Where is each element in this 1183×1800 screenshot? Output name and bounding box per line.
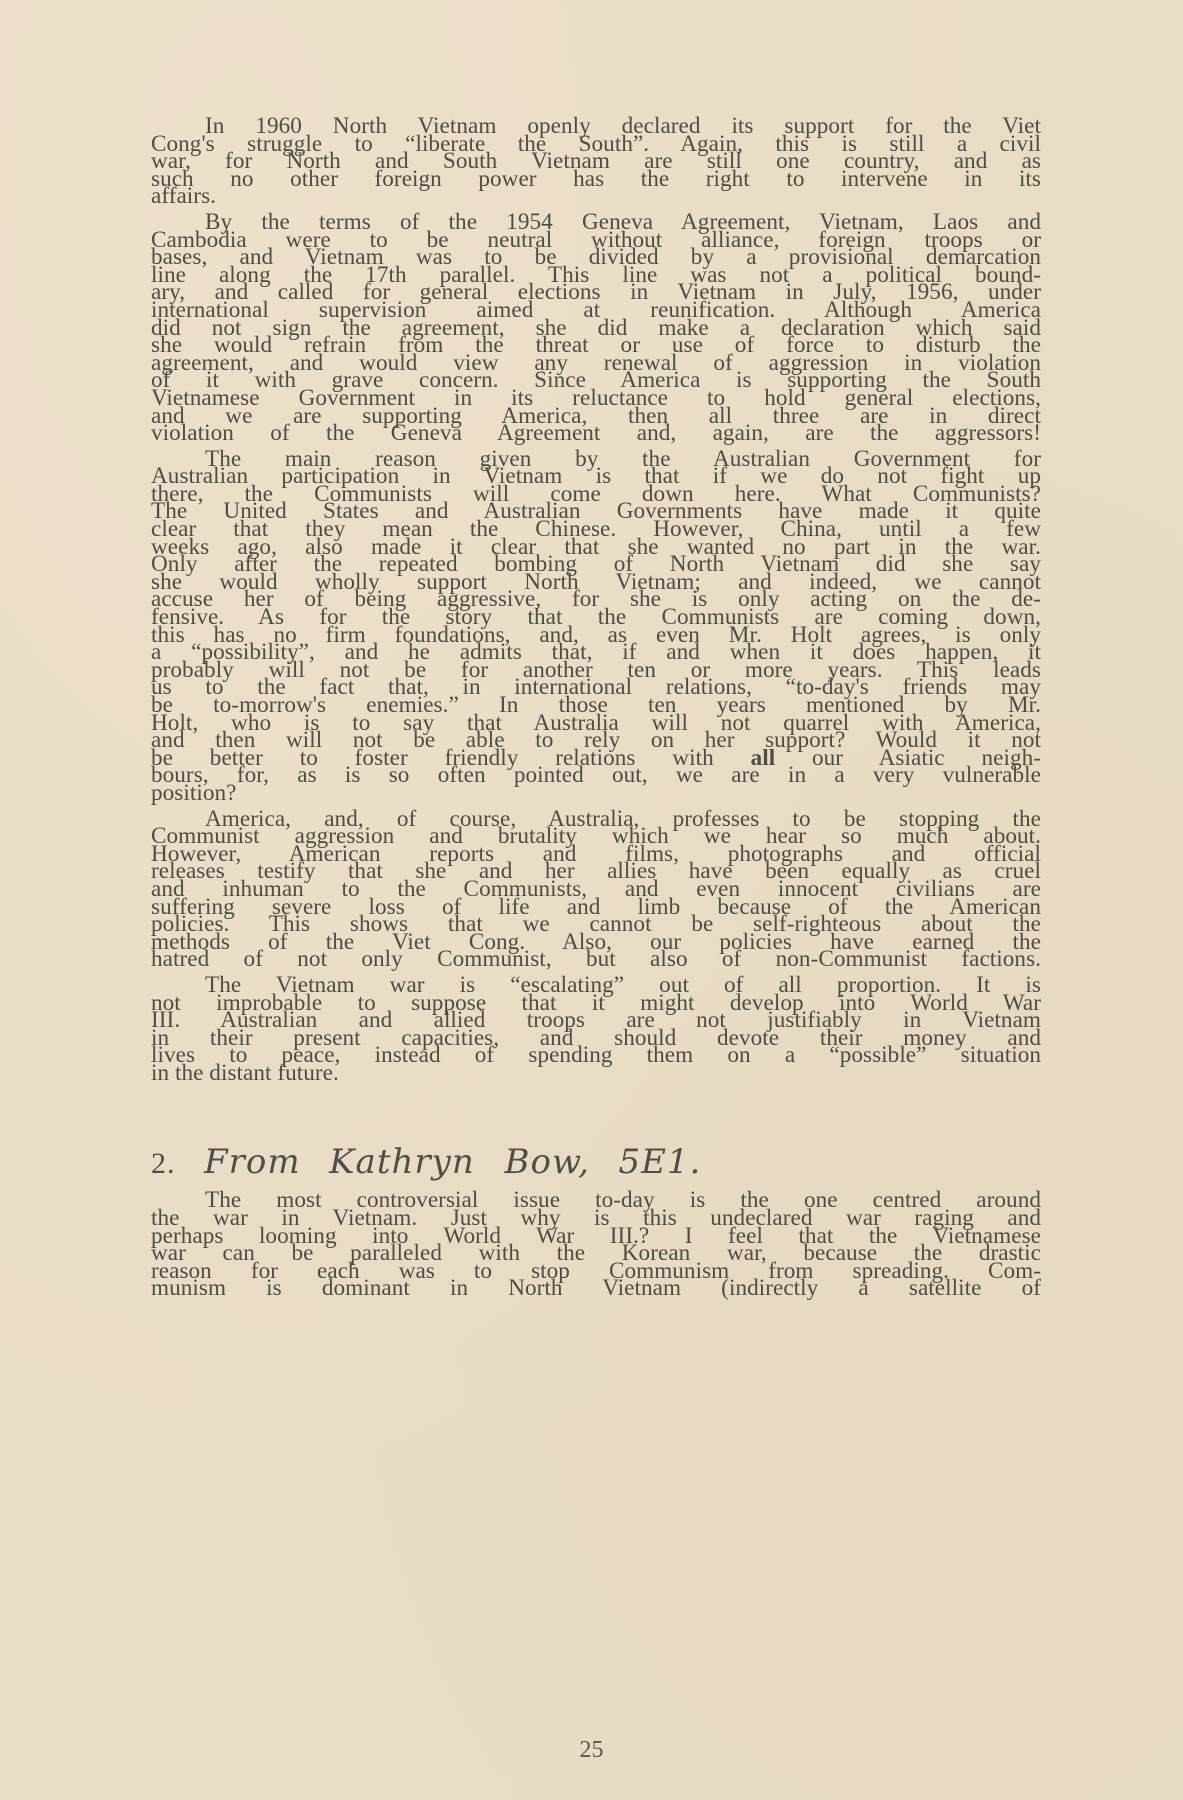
text-line: violation of the Geneva Agreement and, a… — [151, 425, 1041, 443]
paragraph-5: The Vietnam war is “escalating” out of a… — [151, 977, 1041, 1083]
page-number: 25 — [0, 1737, 1183, 1764]
paragraph-4: America, and, of course, Australia, prof… — [151, 811, 1041, 969]
section2-paragraph-1: The most controversial issue to-day is t… — [151, 1192, 1041, 1298]
section-author: Kathryn Bow, — [329, 1142, 590, 1182]
text-line: such no other foreign power has the righ… — [151, 171, 1041, 189]
section-number: 2. — [151, 1147, 176, 1180]
paragraph-2: By the terms of the 1954 Geneva Agreemen… — [151, 214, 1041, 443]
paragraph-1: In 1960 North Vietnam openly declared it… — [151, 118, 1041, 206]
document-page: In 1960 North Vietnam openly declared it… — [151, 118, 1041, 1298]
text-line: hatred of not only Communist, but also o… — [151, 951, 1041, 969]
section-from-label: From — [204, 1142, 301, 1182]
paragraph-3: The main reason given by the Australian … — [151, 451, 1041, 803]
section-class: 5E1. — [618, 1142, 701, 1182]
text-line: bours, for, as is so often pointed out, … — [151, 767, 1041, 785]
text-line: munism is dominant in North Vietnam (ind… — [151, 1280, 1041, 1298]
section-heading: 2. From Kathryn Bow, 5E1. — [151, 1142, 1041, 1182]
